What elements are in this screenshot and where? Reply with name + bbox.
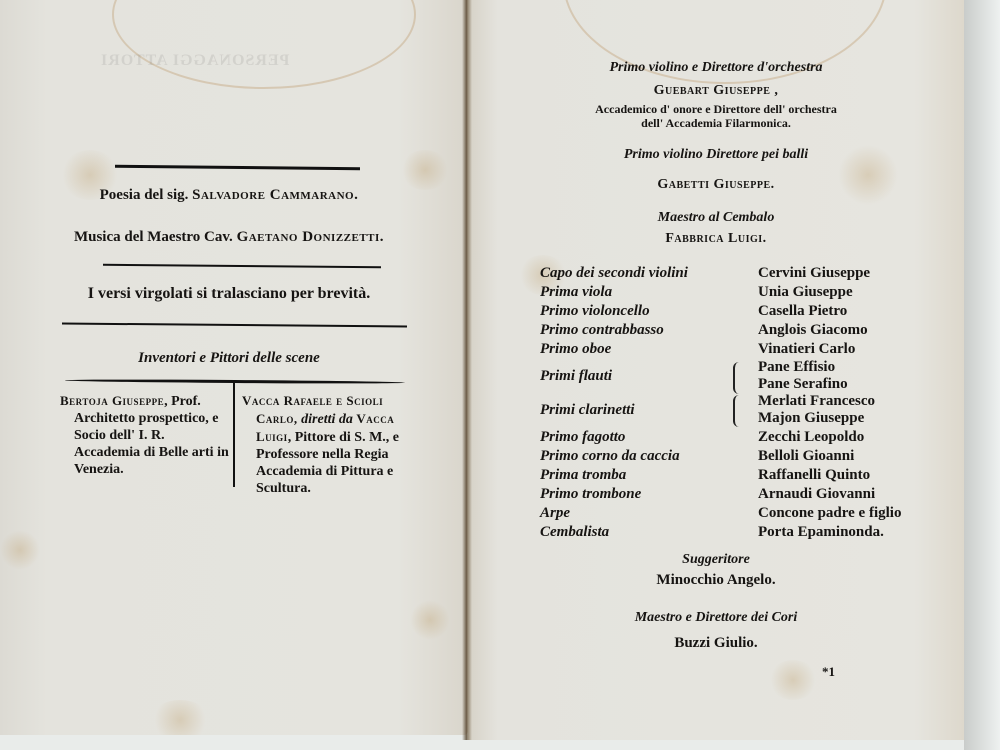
roster-role: Primo fagotto: [540, 428, 625, 447]
roster-name: Arnaudi Giovanni: [758, 485, 875, 504]
credit-vacca: Vacca Rafaele e Scioli Carlo, diretti da…: [242, 392, 416, 497]
chorus-master-title: Maestro e Direttore dei Cori: [468, 610, 964, 626]
roster-role: Primo oboe: [540, 340, 611, 359]
roster-row: Primo violoncello Casella Pietro: [540, 302, 920, 321]
roster-row: Arpe Concone padre e figlio: [540, 504, 920, 523]
roster-role: Prima viola: [540, 283, 612, 302]
roster-role: Primo contrabbasso: [540, 321, 664, 340]
page-folio: *1: [822, 664, 835, 680]
roster-row: Cembalista Porta Epaminonda.: [540, 523, 920, 542]
harpsichord-master-title: Maestro al Cembalo: [468, 210, 964, 226]
roster-role: Cembalista: [540, 523, 609, 542]
roster-row: Primo oboe Vinatieri Carlo: [540, 340, 920, 359]
credit-bertoja-name: Bertoja Giuseppe: [60, 393, 164, 408]
musica-credit: Musica del Maestro Cav. Gaetano Donizzet…: [0, 229, 468, 246]
rule-top: [115, 165, 360, 171]
roster-role: Primo trombone: [540, 485, 641, 504]
roster-role: Primo corno da caccia: [540, 447, 680, 466]
musica-prefix: Musica del Maestro Cav.: [74, 229, 233, 245]
poesia-prefix: Poesia del sig.: [100, 187, 189, 203]
foxing-stain: [0, 530, 40, 570]
roster-row: Capo dei secondi violini Cervini Giusepp…: [540, 264, 920, 283]
roster-name: Concone padre e figlio: [758, 504, 901, 523]
roster-name: Porta Epaminonda.: [758, 523, 884, 542]
roster-row-names: Majon Giuseppe: [540, 409, 920, 428]
roster-name: Casella Pietro: [758, 302, 847, 321]
roster-name: Cervini Giuseppe: [758, 264, 870, 283]
musica-composer: Gaetano Donizzetti.: [237, 229, 385, 245]
roster-role: Capo dei secondi violini: [540, 264, 688, 283]
roster-row: Primo corno da caccia Belloli Gioanni: [540, 447, 920, 466]
foxing-stain: [768, 660, 818, 700]
roster-name: Raffanelli Quinto: [758, 466, 870, 485]
ballet-violin-title: Primo violino Direttore pei balli: [468, 147, 964, 163]
roster-row: Primo contrabbasso Anglois Giacomo: [540, 321, 920, 340]
roster-name: Majon Giuseppe: [758, 409, 864, 428]
prompter-title: Suggeritore: [468, 552, 964, 568]
stain-ring: [112, 0, 416, 89]
ballet-violin-name: Gabetti Giuseppe.: [468, 177, 964, 193]
harpsichord-master-name: Fabbrica Luigi.: [468, 231, 964, 247]
roster-row: Primo trombone Arnaudi Giovanni: [540, 485, 920, 504]
foxing-stain: [400, 150, 450, 190]
scene-designers-heading: Inventori e Pittori delle scene: [0, 350, 468, 367]
foxing-stain: [150, 700, 210, 735]
credit-bertoja: Bertoja Giuseppe, Prof. Architetto prosp…: [60, 392, 230, 478]
prompter-name: Minocchio Angelo.: [468, 572, 964, 589]
first-violin-title: Primo violino e Direttore d'orchestra: [468, 60, 964, 76]
credit-vacca-directed: diretti da: [298, 412, 357, 427]
roster-row: Prima tromba Raffanelli Quinto: [540, 466, 920, 485]
first-violin-name: Guebart Giuseppe ,: [468, 83, 964, 99]
poesia-credit: Poesia del sig. Salvadore Cammarano.: [0, 187, 468, 204]
chorus-master-name: Buzzi Giulio.: [468, 635, 964, 652]
roster-row: Primo fagotto Zecchi Leopoldo: [540, 428, 920, 447]
first-violin-note-2: dell' Accademia Filarmonica.: [468, 116, 964, 130]
roster-row: Prima viola Unia Giuseppe: [540, 283, 920, 302]
first-violin-note-1: Accademico d' onore e Direttore dell' or…: [468, 102, 964, 116]
roster-name: Zecchi Leopoldo: [758, 428, 864, 447]
roster-role: Primo violoncello: [540, 302, 650, 321]
bleed-through-text: PERSONAGGI ATTORI: [100, 52, 289, 70]
roster-name: Unia Giuseppe: [758, 283, 853, 302]
foxing-stain: [410, 600, 450, 640]
roster-role: Prima tromba: [540, 466, 626, 485]
rule-middle: [103, 264, 381, 268]
versi-note: I versi virgolati si tralasciano per bre…: [0, 285, 468, 303]
column-divider: [233, 381, 235, 487]
left-page: PERSONAGGI ATTORI Poesia del sig. Salvad…: [0, 0, 468, 735]
roster-name: Belloli Gioanni: [758, 447, 854, 466]
poesia-author: Salvadore Cammarano.: [192, 187, 358, 203]
roster-name: Anglois Giacomo: [758, 321, 868, 340]
background-surface: [964, 0, 1000, 750]
roster-role: Arpe: [540, 504, 570, 523]
roster-name: Vinatieri Carlo: [758, 340, 855, 359]
rule-lower: [62, 322, 407, 327]
